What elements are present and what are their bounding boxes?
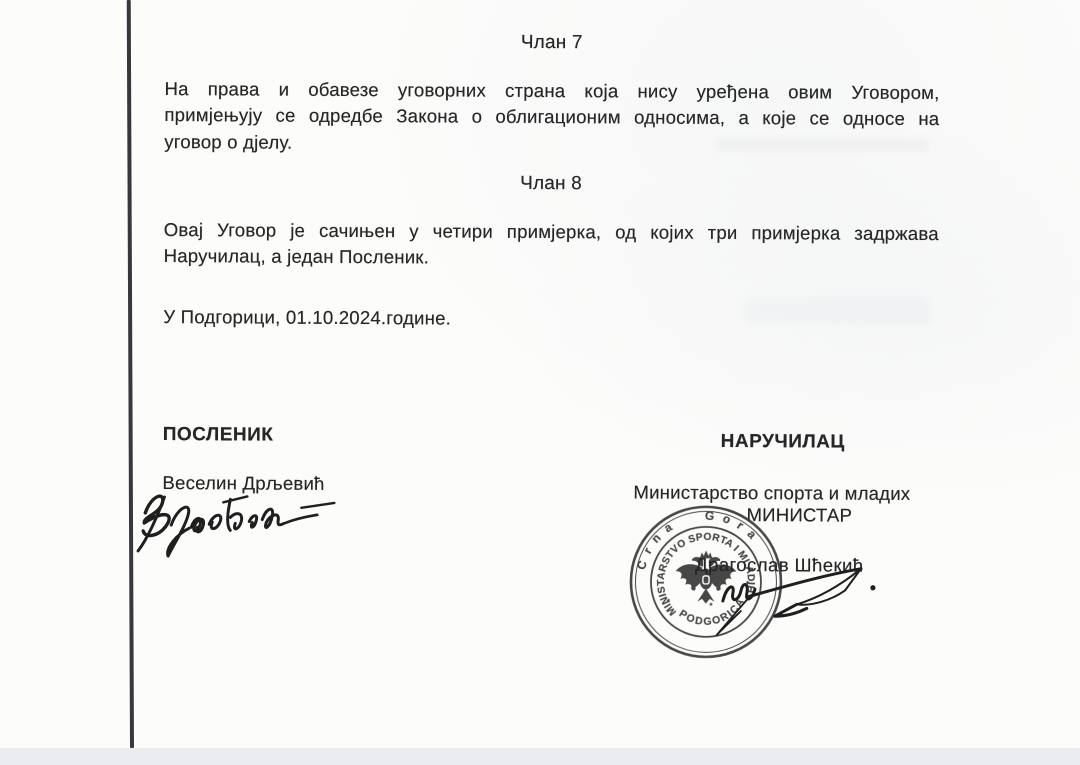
contractor-signature — [131, 487, 343, 564]
client-role-label: НАРУЧИЛАЦ — [721, 431, 845, 454]
client-organization: Министарство спорта и младих — [633, 481, 910, 504]
paragraph-line: уговор о дјелу. — [164, 129, 939, 159]
paragraph-line: Наручилац, а један Посленик. — [164, 243, 939, 273]
article-7-paragraph: На права и обавезе уговорних страна која… — [164, 76, 939, 159]
article-8-paragraph: Овај Уговор је сачињен у четири примјерк… — [164, 217, 939, 274]
minister-signature — [687, 547, 888, 650]
scan-edge-band — [0, 748, 1080, 765]
paragraph-line: примјењују се одредбе Закона о облигацио… — [164, 102, 939, 132]
article-8-heading: Члан 8 — [164, 171, 938, 197]
paragraph-line: Овај Уговор је сачињен у четири примјерк… — [164, 217, 939, 247]
scanned-contract-page: Члан 7 На права и обавезе уговорних стра… — [0, 0, 1080, 765]
signature-ink-dot — [870, 585, 875, 590]
paragraph-line: На права и обавезе уговорних страна која… — [164, 76, 939, 106]
contractor-role-label: ПОСЛЕНИК — [163, 424, 274, 447]
article-7-heading: Члан 7 — [165, 30, 939, 56]
document-content: Члан 7 На права и обавезе уговорних стра… — [0, 0, 1080, 765]
place-date-line: У Подгорици, 01.10.2024.године. — [163, 306, 451, 330]
